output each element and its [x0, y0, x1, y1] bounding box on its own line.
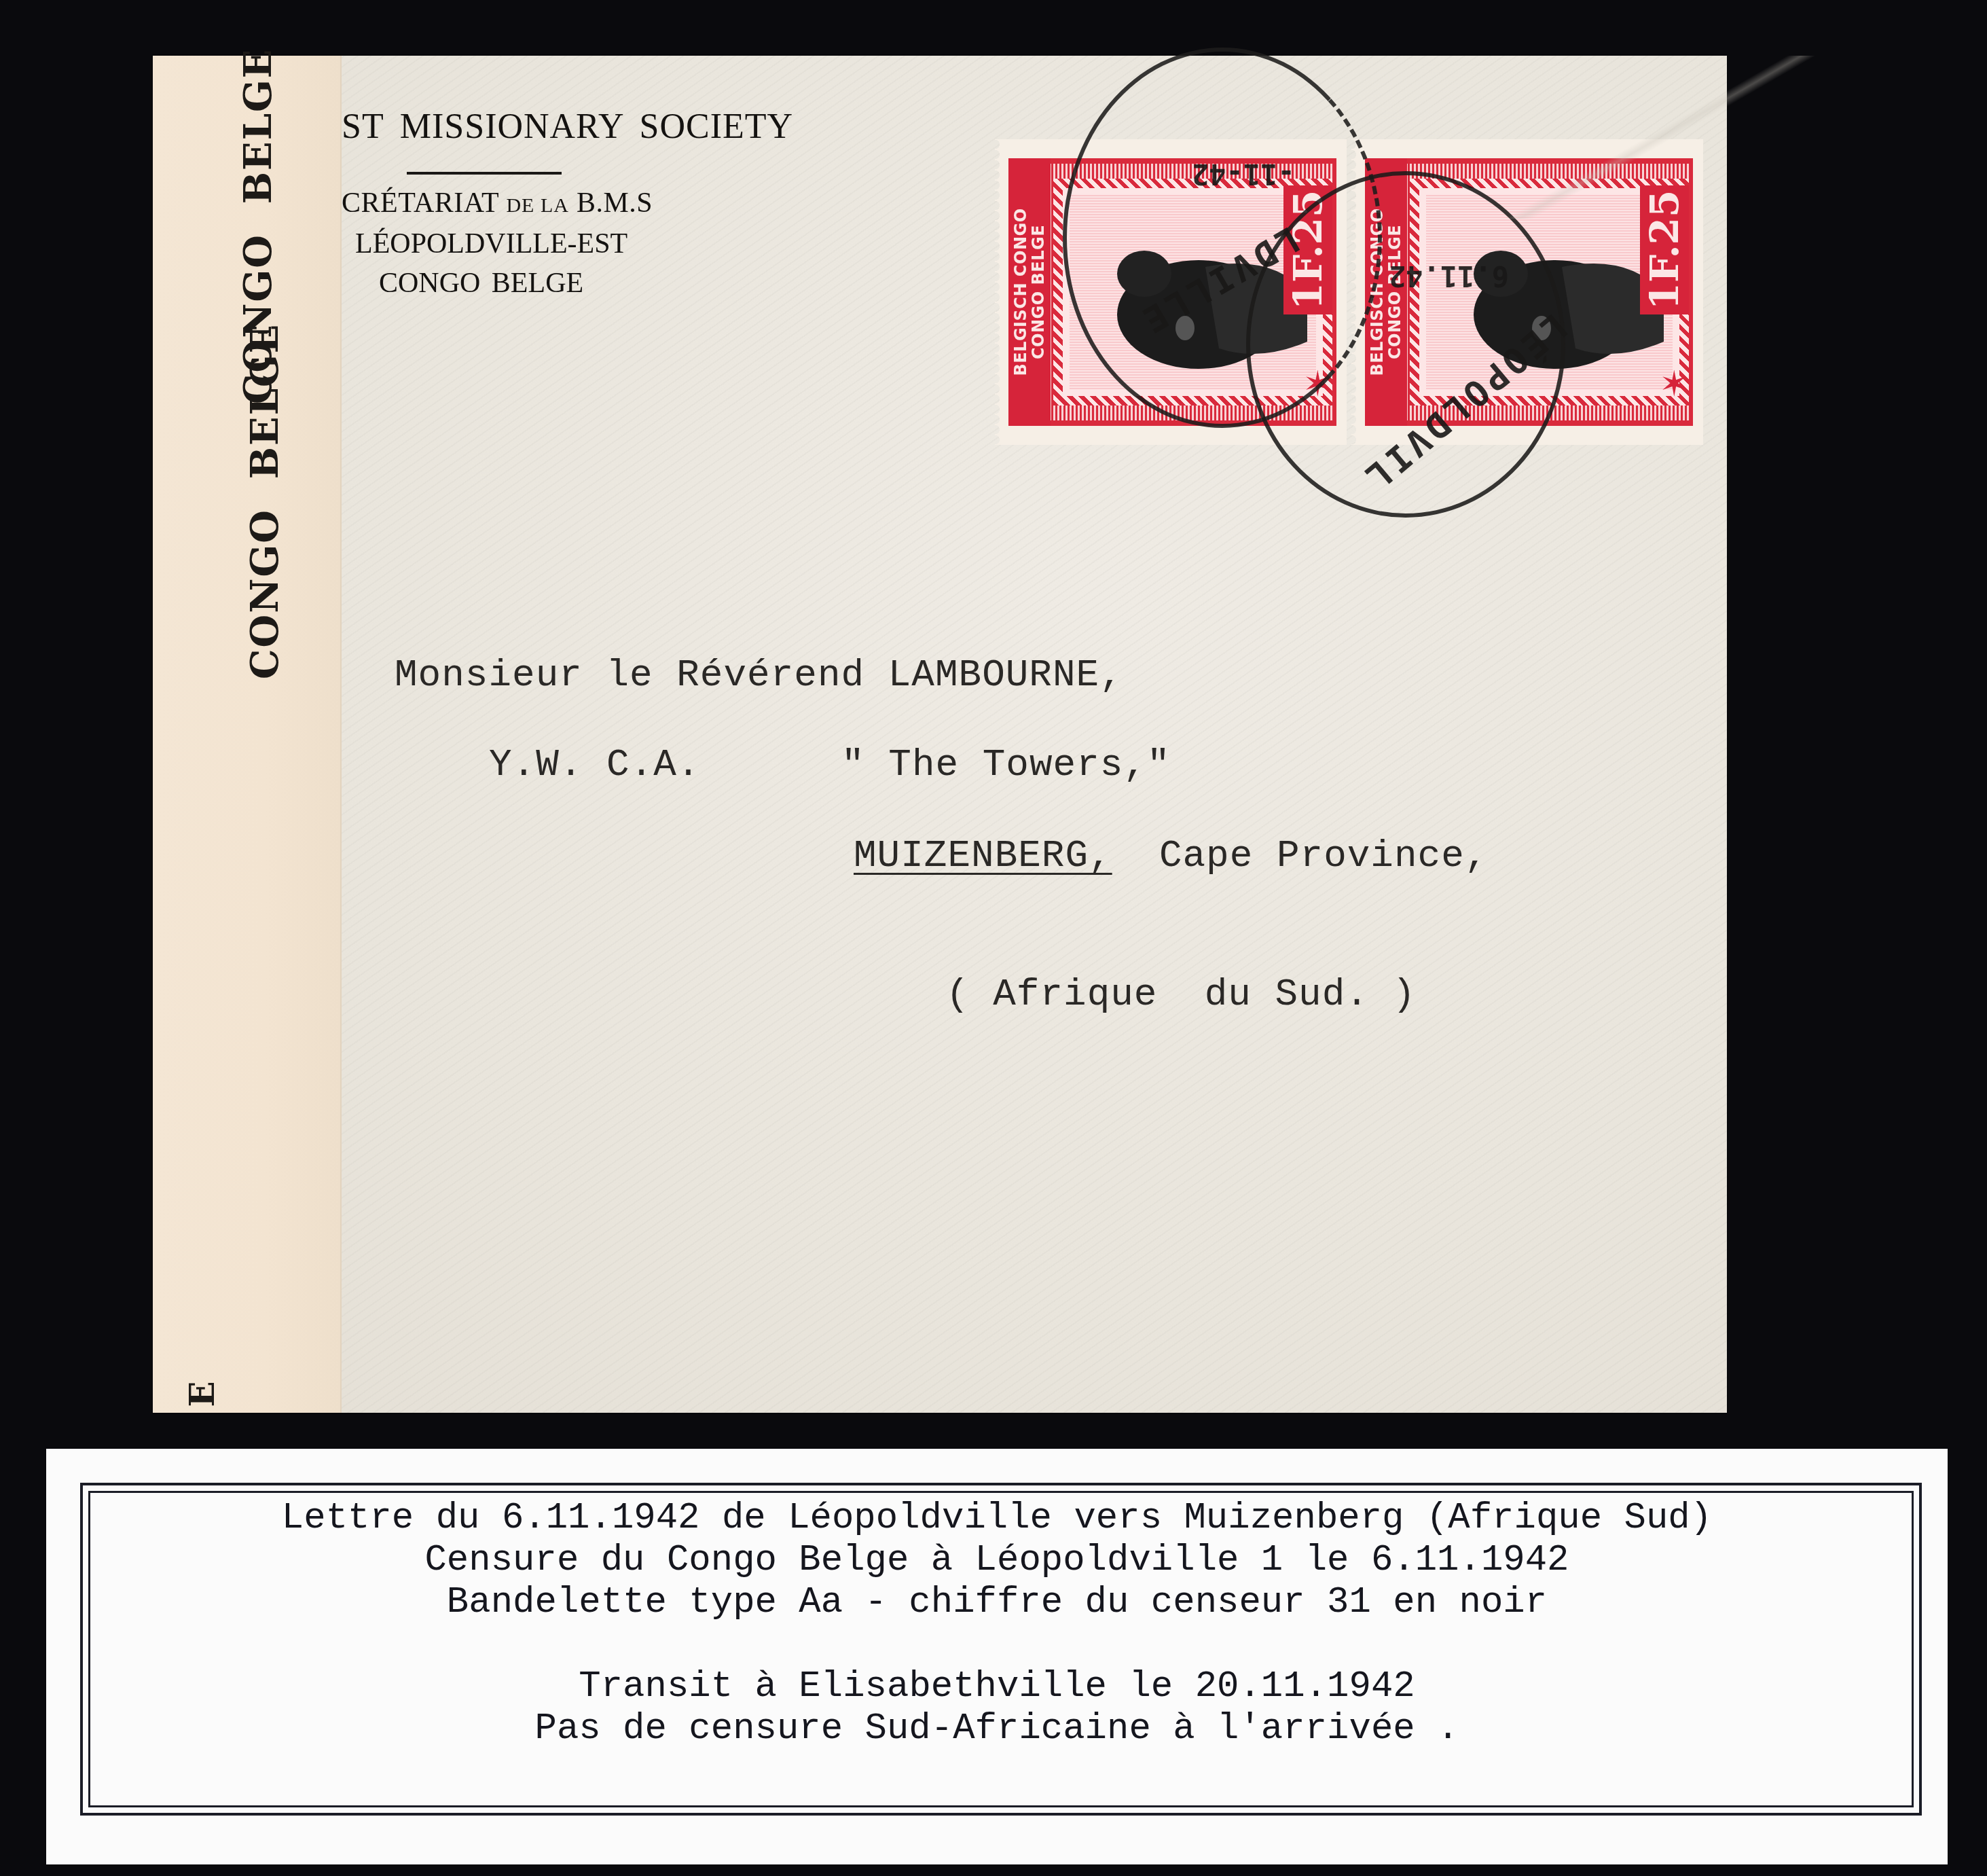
label-line-letter: Lettre du 6.11.1942 de Léopoldville vers… [46, 1498, 1948, 1540]
stamp-printer-imprint: WATERLOW & SONS LTD. LONDRES. [1704, 328, 1711, 459]
recipient-address: Monsieur le Révérend LAMBOURNE, Y.W. C.A… [153, 56, 247, 317]
label-description: Lettre du 6.11.1942 de Léopoldville vers… [46, 1498, 1948, 1750]
censor-text-lower: CONGO BELGE [242, 421, 287, 679]
stamp-country-band: BELGISCH CONGO CONGO BELGE [1008, 158, 1051, 426]
letterhead-secretariat: CRÉTARIAT DE LA B.M.S [342, 187, 653, 219]
star-icon: ✶ [1659, 367, 1689, 403]
letterhead-society-name: ST MISSIONARY SOCIETY [342, 107, 793, 147]
address-city: MUIZENBERG, [854, 834, 1112, 878]
address-building: " The Towers," [841, 743, 1170, 787]
address-province: Cape Province, [1159, 834, 1488, 878]
label-line-censorship: Censure du Congo Belge à Léopoldville 1 … [46, 1540, 1948, 1582]
letterhead-secretariat-mid: DE LA [506, 194, 568, 217]
postmark-date-left: -11-42 [1192, 158, 1295, 191]
address-organisation: Y.W. C.A. " The Towers," [489, 743, 1171, 787]
letterhead-city: LÉOPOLDVILLE-EST [355, 228, 627, 260]
stamp-value-box: 1F.25 [1640, 185, 1689, 314]
label-line-arrival: Pas de censure Sud-Africaine à l'arrivée… [46, 1708, 1948, 1750]
letterhead-divider [407, 172, 562, 175]
letterhead-secretariat-suffix: B.M.S [577, 187, 653, 219]
label-line-tape-type: Bandelette type Aa - chiffre du censeur … [46, 1582, 1948, 1624]
censor-text-partial: E [182, 1379, 222, 1407]
stamp-country-text: BELGISCH CONGO CONGO BELGE [1012, 208, 1047, 376]
description-label-card: Lettre du 6.11.1942 de Léopoldville vers… [46, 1449, 1948, 1864]
envelope-cover: CONGO BELGE CONGO BELGE E ST MISSIONARY … [153, 56, 1727, 1413]
letterhead-country: CONGO BELGE [379, 267, 583, 300]
label-spacer [46, 1624, 1948, 1666]
letterhead-secretariat-prefix: CRÉTARIAT [342, 187, 498, 219]
stamp-value: 1F.25 [1641, 190, 1688, 310]
address-city-line: MUIZENBERG, Cape Province, [854, 834, 1488, 878]
address-recipient-name: Monsieur le Révérend LAMBOURNE, [395, 653, 1123, 697]
address-country: ( Afrique du Sud. ) [946, 973, 1416, 1016]
label-line-transit: Transit à Elisabethville le 20.11.1942 [46, 1666, 1948, 1708]
address-org: Y.W. C.A. [489, 743, 700, 787]
postmark-date-right: 6.11.42 [1389, 259, 1509, 293]
